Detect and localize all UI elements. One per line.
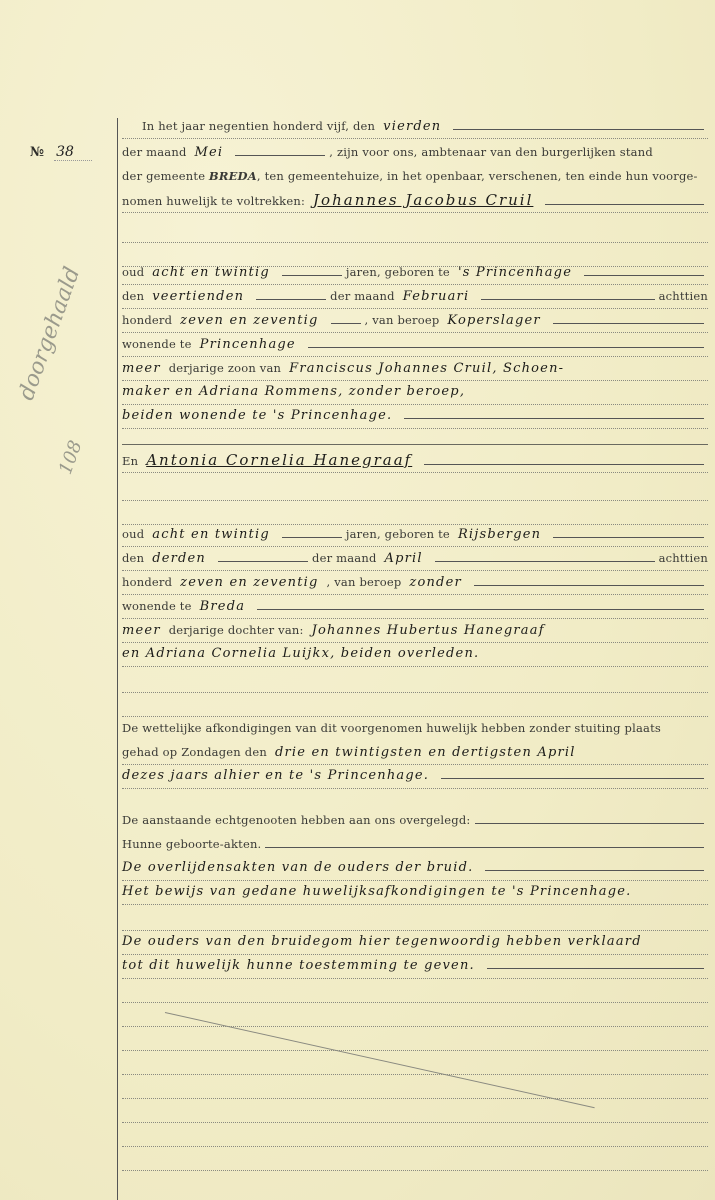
printed-text: jaren, geboren te	[346, 522, 450, 546]
printed-text: wonende te	[122, 332, 192, 356]
printed-text: In het jaar negentien honderd vijf, den	[142, 114, 375, 138]
fill-dash	[257, 597, 704, 610]
fill-dash	[487, 956, 704, 969]
blank-line	[122, 218, 708, 243]
handwritten-month: Mei	[195, 141, 224, 165]
groom-age: acht en twintig	[152, 261, 270, 285]
blank-line	[122, 1122, 708, 1147]
fill-dash	[475, 811, 705, 824]
printed-text: derjarige zoon van	[169, 356, 281, 380]
groom-birth-year: zeven en zeventig	[180, 309, 318, 333]
printed-text: den	[122, 284, 144, 308]
fill-dash	[218, 549, 308, 562]
fill-dash	[331, 311, 361, 324]
documents-line-6: tot dit huwelijk hunne toestemming te ge…	[122, 954, 708, 979]
margin-rule	[117, 118, 118, 1200]
record-number: №38	[30, 144, 92, 160]
printed-text: oud	[122, 522, 144, 546]
groom-status: meer	[122, 357, 161, 381]
document-item: tot dit huwelijk hunne toestemming te ge…	[122, 954, 475, 978]
printed-text: den	[122, 546, 144, 570]
printed-text: En	[122, 449, 138, 473]
printed-text: der maand	[312, 546, 377, 570]
printed-text: gehad op Zondagen den	[122, 740, 267, 764]
document-item: De overlijdensakten van de ouders der br…	[122, 856, 473, 880]
document-item: Het bewijs van gedane huwelijksafkondigi…	[122, 880, 632, 904]
fill-dash	[584, 263, 704, 276]
groom-parents: maker en Adriana Rommens, zonder beroep,	[122, 380, 465, 404]
printed-text: De aanstaande echtgenooten hebben aan on…	[122, 808, 471, 832]
bride-year-line: honderd zeven en zeventig , van beroep z…	[122, 570, 708, 595]
document-item: De ouders van den bruidegom hier tegenwo…	[122, 930, 642, 954]
number-label: №	[30, 145, 44, 160]
groom-residence-line: wonende te Princenhage	[122, 332, 708, 357]
blank-line	[122, 1050, 708, 1075]
bride-name: Antonia Cornelia Hanegraaf	[146, 448, 412, 472]
fill-dash	[256, 287, 326, 300]
bride-age-line: oud acht en twintig jaren, geboren te Ri…	[122, 522, 708, 547]
fill-dash	[553, 311, 704, 324]
blank-line	[122, 1002, 708, 1027]
groom-parents: Franciscus Johannes Cruil, Schoen-	[289, 357, 564, 381]
handwritten-day: vierden	[383, 115, 441, 139]
printed-text: der gemeente	[122, 164, 205, 188]
fill-dash	[308, 335, 704, 348]
fill-dash	[282, 525, 342, 538]
printed-text: nomen huwelijk te voltrekken:	[122, 189, 305, 213]
bride-parents: en Adriana Cornelia Luijkx, beiden overl…	[122, 642, 479, 666]
groom-parents-line-1: meer derjarige zoon van Franciscus Johan…	[122, 356, 708, 381]
announcement-places: dezes jaars alhier en te 's Princenhage.	[122, 764, 429, 788]
opening-line-4: nomen huwelijk te voltrekken: Johannes J…	[122, 188, 708, 213]
blank-line	[122, 1098, 708, 1123]
fill-dash	[481, 287, 654, 300]
printed-text: oud	[122, 260, 144, 284]
fill-dash	[441, 766, 704, 779]
blank-line	[122, 692, 708, 717]
bride-residence-line: wonende te Breda	[122, 594, 708, 619]
printed-text: , zijn voor ons, ambtenaar van den burge…	[329, 140, 653, 164]
fill-dash	[545, 192, 704, 205]
bride-birthplace: Rijsbergen	[458, 523, 541, 547]
printed-text: achttien	[659, 284, 708, 308]
municipality: BREDA	[209, 164, 257, 188]
fill-dash	[553, 525, 704, 538]
bride-date-line: den derden der maand April achttien	[122, 546, 708, 571]
section-divider	[122, 420, 708, 445]
blank-line	[122, 476, 708, 501]
printed-text: honderd	[122, 570, 172, 594]
documents-line-3: De overlijdensakten van de ouders der br…	[122, 856, 708, 881]
fill-dash	[435, 549, 655, 562]
bride-birth-year: zeven en zeventig	[180, 571, 318, 595]
bride-residence: Breda	[200, 595, 246, 619]
blank-line	[122, 978, 708, 1003]
opening-line-2: der maand Mei , zijn voor ons, ambtenaar…	[122, 140, 708, 164]
bride-age: acht en twintig	[152, 523, 270, 547]
number-value: 38	[54, 144, 92, 161]
bride-birth-day: derden	[152, 547, 206, 571]
fill-dash	[235, 143, 325, 156]
blank-line	[122, 906, 708, 931]
printed-text: der maand	[122, 140, 187, 164]
fill-dash	[474, 573, 704, 586]
opening-line-1: In het jaar negentien honderd vijf, den …	[122, 114, 708, 139]
blank-line	[122, 668, 708, 693]
printed-text: wonende te	[122, 594, 192, 618]
fill-dash	[265, 835, 704, 848]
groom-year-line: honderd zeven en zeventig , van beroep K…	[122, 308, 708, 333]
documents-line-5: De ouders van den bruidegom hier tegenwo…	[122, 930, 708, 955]
printed-text: Hunne geboorte-akten.	[122, 832, 261, 856]
printed-text: De wettelijke afkondigingen van dit voor…	[122, 716, 661, 740]
fill-dash	[404, 406, 704, 419]
bride-name-line: En Antonia Cornelia Hanegraaf	[122, 448, 708, 473]
printed-text: , van beroep	[327, 570, 402, 594]
fill-dash	[453, 117, 704, 130]
groom-birth-day: veertienden	[152, 285, 244, 309]
fill-dash	[485, 858, 704, 871]
printed-text: jaren, geboren te	[346, 260, 450, 284]
margin-pencil-note: doorgehaald	[14, 264, 85, 404]
bride-parents: Johannes Hubertus Hanegraaf	[312, 619, 545, 643]
printed-text: der maand	[330, 284, 395, 308]
groom-age-line: oud acht en twintig jaren, geboren te 's…	[122, 260, 708, 285]
margin-pencil-number: 108	[55, 438, 86, 477]
groom-residence: Princenhage	[200, 333, 296, 357]
announcement-dates: drie en twintigsten en dertigsten April	[275, 741, 576, 765]
documents-line-1: De aanstaande echtgenooten hebben aan on…	[122, 808, 708, 832]
bride-birth-month: April	[385, 547, 423, 571]
printed-text: honderd	[122, 308, 172, 332]
groom-birthplace: 's Princenhage	[458, 261, 572, 285]
bride-parents-line-1: meer derjarige dochter van: Johannes Hub…	[122, 618, 708, 643]
announcements-line-2: gehad op Zondagen den drie en twintigste…	[122, 740, 708, 765]
bride-parents-line-2: en Adriana Cornelia Luijkx, beiden overl…	[122, 642, 708, 667]
blank-line	[122, 1026, 708, 1051]
documents-line-2: Hunne geboorte-akten.	[122, 832, 708, 856]
groom-occupation: Koperslager	[447, 309, 540, 333]
announcements-line-1: De wettelijke afkondigingen van dit voor…	[122, 716, 708, 740]
opening-line-3: der gemeente BREDA, ten gemeentehuize, i…	[122, 164, 708, 188]
printed-text: , van beroep	[365, 308, 440, 332]
fill-dash	[282, 263, 342, 276]
fill-dash	[424, 452, 704, 465]
bride-occupation: zonder	[409, 571, 461, 595]
bride-status: meer	[122, 619, 161, 643]
announcements-line-3: dezes jaars alhier en te 's Princenhage.	[122, 764, 708, 789]
groom-parents-line-2: maker en Adriana Rommens, zonder beroep,	[122, 380, 708, 405]
blank-line	[122, 1146, 708, 1171]
blank-line	[122, 1074, 708, 1099]
documents-line-4: Het bewijs van gedane huwelijksafkondigi…	[122, 880, 708, 905]
groom-date-line: den veertienden der maand Februari achtt…	[122, 284, 708, 309]
groom-name: Johannes Jacobus Cruil	[313, 188, 533, 212]
printed-text: derjarige dochter van:	[169, 618, 304, 642]
groom-birth-month: Februari	[403, 285, 470, 309]
printed-text: achttien	[659, 546, 708, 570]
printed-text: , ten gemeentehuize, in het openbaar, ve…	[257, 164, 698, 188]
